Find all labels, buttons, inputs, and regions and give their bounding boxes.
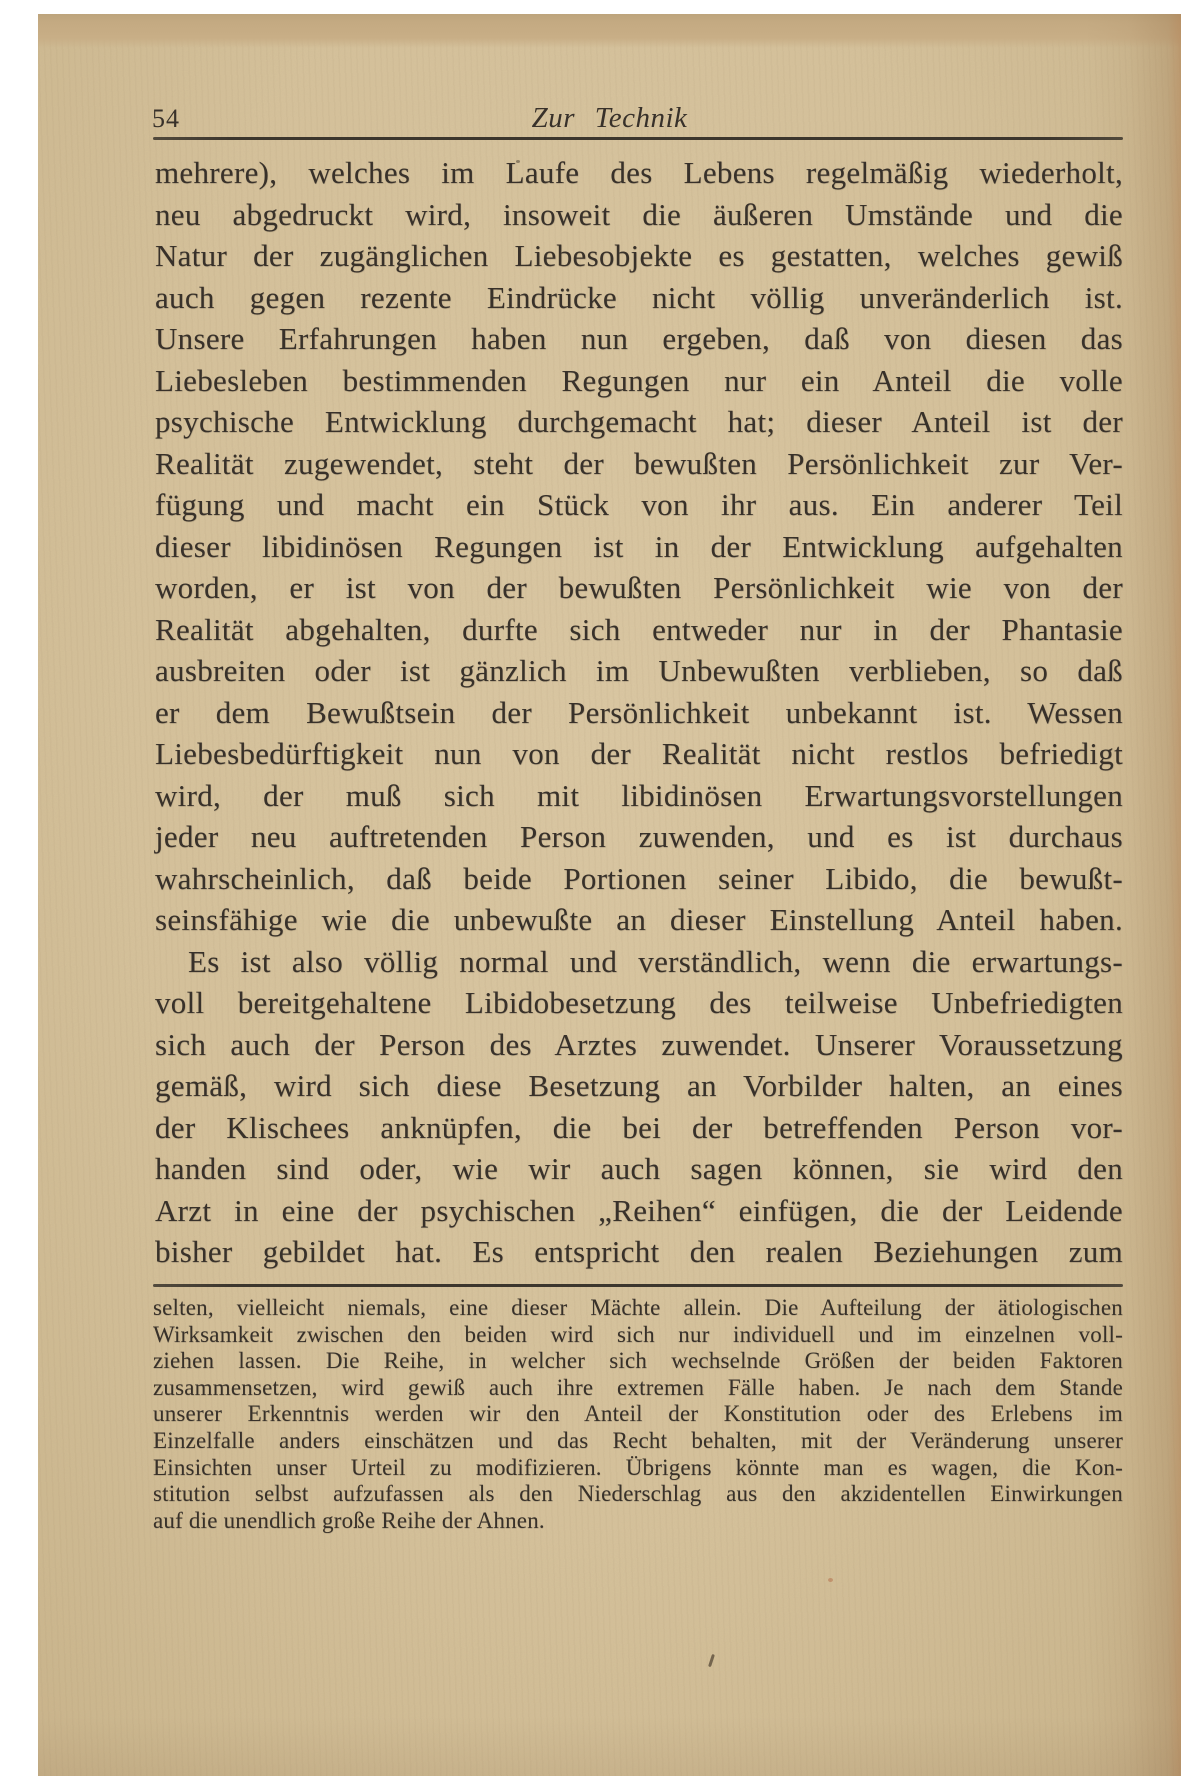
body-line: wird, der muß sich mit libidinösen Erwar… xyxy=(155,775,1123,817)
footnote-line: unserer Erkenntnis werden wir den Anteil… xyxy=(153,1401,1123,1428)
body-line: Unsere Erfahrungen haben nun ergeben, da… xyxy=(155,318,1123,360)
body-line: neu abgedruckt wird, insoweit die äußere… xyxy=(155,194,1123,236)
body-line: wahrscheinlich, daß beide Portionen sein… xyxy=(155,858,1123,900)
body-line: Liebesleben bestimmenden Regungen nur ei… xyxy=(155,360,1123,402)
footnote-line: Wirksamkeit zwischen den beiden wird sic… xyxy=(153,1322,1123,1349)
scan-artifact-mark xyxy=(708,1654,714,1667)
page-top-edge-shadow xyxy=(38,14,1181,48)
body-line: Natur der zugänglichen Liebesobjekte es … xyxy=(155,235,1123,277)
footnote-line: auf die unendlich große Reihe der Ahnen. xyxy=(153,1508,1123,1535)
paragraph-1: mehrere), welches im Laufe des Lebens re… xyxy=(155,152,1123,941)
body-line: der Klischees anknüpfen, die bei der bet… xyxy=(155,1107,1123,1149)
body-text: mehrere), welches im Laufe des Lebens re… xyxy=(155,152,1123,1273)
body-line: mehrere), welches im Laufe des Lebens re… xyxy=(155,152,1123,194)
body-line: psychische Entwicklung durchgemacht hat;… xyxy=(155,401,1123,443)
paper: 54 Zur Technik mehrere), welches im Lauf… xyxy=(38,14,1181,1776)
body-line: voll bereitgehaltene Libidobesetzung des… xyxy=(155,982,1123,1024)
footnote-line: stitution selbst aufzufassen als den Nie… xyxy=(153,1481,1123,1508)
page-bottom-edge-shadow xyxy=(38,1716,1181,1776)
header-rule xyxy=(153,137,1123,140)
body-line: seinsfähige wie die unbewußte an dieser … xyxy=(155,899,1123,941)
body-line: sich auch der Person des Arztes zuwendet… xyxy=(155,1024,1123,1066)
body-line: bisher gebildet hat. Es entspricht den r… xyxy=(155,1231,1123,1273)
footnote-line: ziehen lassen. Die Reihe, in welcher sic… xyxy=(153,1348,1123,1375)
body-line: er dem Bewußtsein der Persönlichkeit unb… xyxy=(155,692,1123,734)
footnote-line: Einzelfalle anders einschätzen und das R… xyxy=(153,1428,1123,1455)
scanned-book-page: 54 Zur Technik mehrere), welches im Lauf… xyxy=(0,0,1201,1776)
scan-artifact-speck xyxy=(828,1578,833,1582)
body-line: auch gegen rezente Eindrücke nicht völli… xyxy=(155,277,1123,319)
body-line: handen sind oder, wie wir auch sagen kön… xyxy=(155,1148,1123,1190)
running-header: Zur Technik xyxy=(38,100,1181,136)
footnote: selten, vielleicht niemals, eine dieser … xyxy=(153,1295,1123,1534)
body-line: fügung und macht ein Stück von ihr aus. … xyxy=(155,484,1123,526)
scan-artifact-dot xyxy=(516,160,520,163)
paragraph-2: Es ist also völlig normal und verständli… xyxy=(155,941,1123,1273)
body-line: dieser libidinösen Regungen ist in der E… xyxy=(155,526,1123,568)
body-line: Realität abgehalten, durfte sich entwede… xyxy=(155,609,1123,651)
body-line: Es ist also völlig normal und verständli… xyxy=(155,941,1123,983)
body-line: worden, er ist von der bewußten Persönli… xyxy=(155,567,1123,609)
footnote-line: zusammensetzen, wird gewiß auch ihre ext… xyxy=(153,1375,1123,1402)
body-line: ausbreiten oder ist gänzlich im Unbewußt… xyxy=(155,650,1123,692)
body-line: gemäß, wird sich diese Besetzung an Vorb… xyxy=(155,1065,1123,1107)
body-line: jeder neu auftretenden Person zuwenden, … xyxy=(155,816,1123,858)
body-line: Liebesbedürftigkeit nun von der Realität… xyxy=(155,733,1123,775)
footnote-line: Einsichten unser Urteil zu modifizieren.… xyxy=(153,1455,1123,1482)
footnote-rule xyxy=(153,1284,1123,1287)
body-line: Arzt in eine der psychischen „Reihen“ ei… xyxy=(155,1190,1123,1232)
footnote-line: selten, vielleicht niemals, eine dieser … xyxy=(153,1295,1123,1322)
body-line: Realität zugewendet, steht der bewußten … xyxy=(155,443,1123,485)
